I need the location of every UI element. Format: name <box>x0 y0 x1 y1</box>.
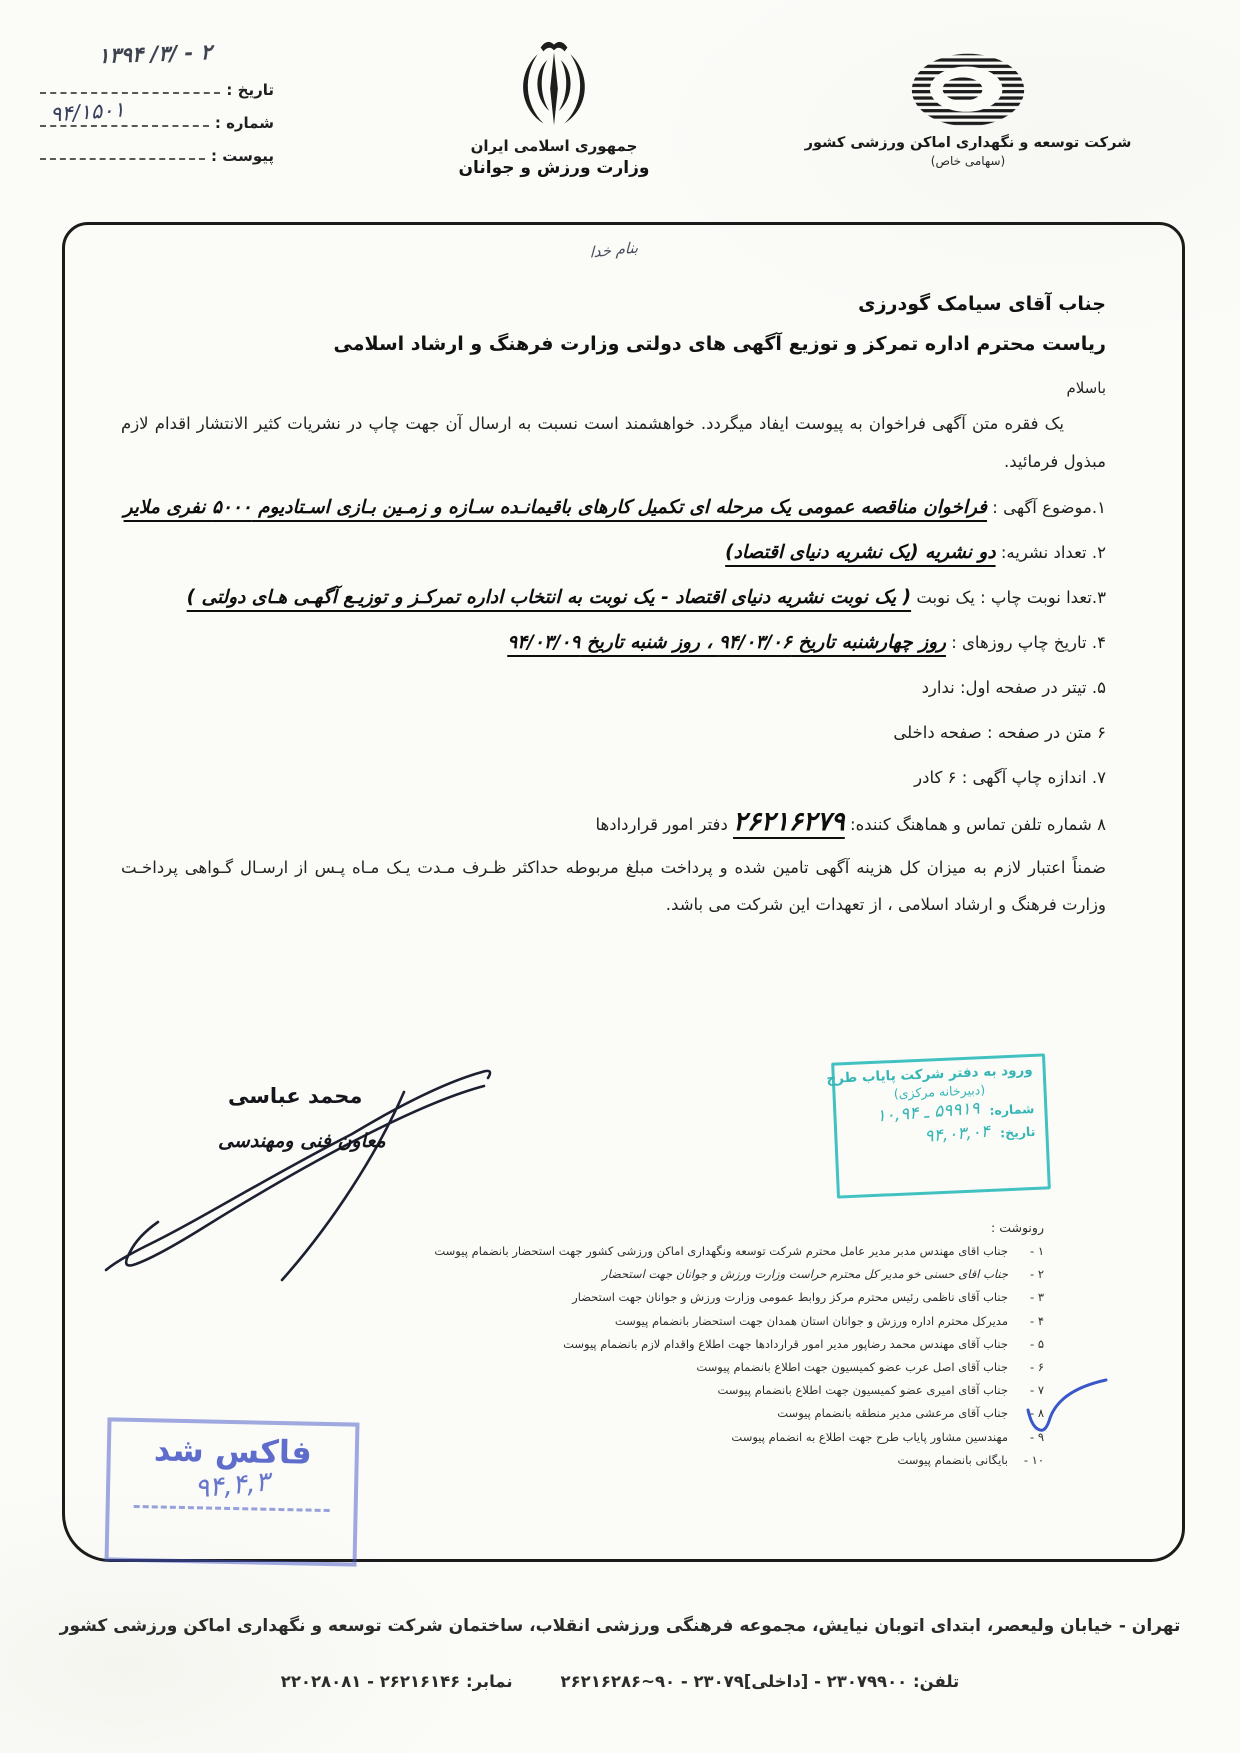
cc-item-6: ۶ -جناب آقای اصل عرب عضو کمیسیون جهت اطل… <box>324 1356 1044 1379</box>
faxed-stamp: فاکس شد ۹۴,۴,۳ <box>105 1417 360 1566</box>
cc-text: جناب اقای حسنی خو مدیر کل محترم حراست وز… <box>602 1263 1008 1286</box>
republic-title: جمهوری اسلامی ایران <box>438 137 670 155</box>
item-ad-size: ۷. اندازه چاپ آگهی : ۶ کادر <box>121 755 1106 800</box>
ministry-block: جمهوری اسلامی ایران وزارت ورزش و جوانان <box>438 36 670 178</box>
ref-row-date: تاریخ : <box>36 81 274 99</box>
cc-text: بایگانی بانضمام پیوست <box>897 1449 1008 1472</box>
number-label: شماره : <box>215 114 274 132</box>
item-label: ۴. تاریخ چاپ روزهای : <box>951 633 1106 652</box>
reference-block: ۱۳۹۴ /۳/ - ۲ تاریخ : شماره : ۹۴/۱۵۰۱ پیو… <box>36 42 274 165</box>
cc-item-5: ۵ -جناب آقای مهندس محمد رضاپور مدیر امور… <box>324 1333 1044 1356</box>
cc-item-3: ۳ -جناب آقای ناظمی رئیس محترم مرکز روابط… <box>324 1286 1044 1309</box>
cc-text: جناب آقای مرعشی مدیر منطقه بانضمام پیوست <box>777 1402 1008 1425</box>
company-type: (سهامی خاص) <box>793 154 1143 168</box>
cc-item-7: ۷ -جناب آقای امیری عضو کمیسیون جهت اطلاع… <box>324 1379 1044 1402</box>
cc-item-4: ۴ -مدیرکل محترم اداره ورزش و جوانان استا… <box>324 1310 1044 1333</box>
dotted-line <box>40 157 205 160</box>
dotted-line <box>40 91 220 94</box>
item-value: ( یک نوبت نشریه دنیای اقتصاد - یک نوبت ب… <box>187 587 911 608</box>
cc-item-9: ۹ -مهندسین مشاور پایاب طرح جهت اطلاع به … <box>324 1426 1044 1449</box>
item-label: ۲. تعداد نشریه: <box>1001 543 1106 562</box>
stamp-date-row: تاریخ: ۹۴,۰۳,۰۴ <box>847 1121 1036 1149</box>
company-block: شرکت توسعه و نگهداری اماکن ورزشی کشور (س… <box>793 52 1143 168</box>
scanned-letter-page: ۱۳۹۴ /۳/ - ۲ تاریخ : شماره : ۹۴/۱۵۰۱ پیو… <box>0 0 1240 1753</box>
cc-number: ۲ - <box>1008 1263 1044 1286</box>
item-label: ۵. تیتر در صفحه اول: ندارد <box>922 678 1106 697</box>
signer-name: محمد عباسی <box>228 1084 362 1108</box>
company-name: شرکت توسعه و نگهداری اماکن ورزشی کشور <box>793 135 1143 151</box>
addressee-name: جناب آقای سیامک گودرزی <box>121 293 1106 315</box>
footer-fax: نمابر: ۲۶۲۱۶۱۴۶ - ۲۲۰۲۸۰۸۱ <box>281 1672 513 1691</box>
cc-item-2: ۲ -جناب اقای حسنی خو مدیر کل محترم حراست… <box>324 1263 1044 1286</box>
company-logo-icon <box>909 52 1027 129</box>
stamp-number-value: ۵۹۹۱۹ ـ ۱۰,۹۴ <box>875 1099 980 1127</box>
stamp-date-label: تاریخ: <box>1000 1124 1036 1141</box>
date-label: تاریخ : <box>226 81 274 99</box>
item-label: ۱.موضوع آگهی : <box>992 498 1106 517</box>
closing-paragraph: ضمناً اعتبار لازم به میزان کل هزینه آگهی… <box>121 849 1106 923</box>
attachment-label: پیوست : <box>211 147 274 165</box>
item-label: ۳.تعدا نوبت چاپ : یک نوبت <box>916 588 1106 607</box>
cc-item-8: ۸ -جناب آقای مرعشی مدیر منطقه بانضمام پی… <box>324 1402 1044 1425</box>
cc-text: جناب اقای مهندس مدبر مدیر عامل محترم شرک… <box>434 1240 1008 1263</box>
cc-number: ۵ - <box>1008 1333 1044 1356</box>
item-subject: ۱.موضوع آگهی : فراخوان مناقصه عمومی یک م… <box>121 485 1106 530</box>
letter-items: ۱.موضوع آگهی : فراخوان مناقصه عمومی یک م… <box>121 485 1106 847</box>
item-page-placement: ۶ متن در صفحه : صفحه داخلی <box>121 710 1106 755</box>
stamp-date-value: ۹۴,۰۳,۰۴ <box>924 1122 991 1147</box>
addressee-title: ریاست محترم اداره تمرکز و توزیع آگهی های… <box>121 333 1106 355</box>
ref-row-number: شماره : ۹۴/۱۵۰۱ <box>36 114 274 132</box>
item-print-rounds: ۳.تعدا نوبت چاپ : یک نوبت ( یک نوبت نشری… <box>121 575 1106 620</box>
iran-emblem-icon <box>510 36 598 132</box>
cc-text: جناب آقای ناظمی رئیس محترم مرکز روابط عم… <box>572 1286 1008 1309</box>
cc-header: رونوشت : <box>324 1220 1044 1235</box>
ref-row-attachment: پیوست : <box>36 147 274 165</box>
item-suffix: دفتر امور قراردادها <box>596 815 728 834</box>
item-label: ۶ متن در صفحه : صفحه داخلی <box>893 723 1106 742</box>
item-contact-phone: ۸ شماره تلفن تماس و هماهنگ کننده: ۲۶۲۱۶۲… <box>121 800 1106 847</box>
entry-registration-stamp: ورود به دفتر شرکت پایاب طرح (دبیرخانه مر… <box>831 1053 1051 1198</box>
item-print-dates: ۴. تاریخ چاپ روزهای : روز چهارشنبه تاریخ… <box>121 620 1106 665</box>
item-front-title: ۵. تیتر در صفحه اول: ندارد <box>121 665 1106 710</box>
signer-title: معاون فنی ومهندسی <box>218 1130 386 1152</box>
ministry-name: وزارت ورزش و جوانان <box>438 158 670 178</box>
cc-number: ۱۰ - <box>1008 1449 1044 1472</box>
item-value: روز چهارشنبه تاریخ ۹۴/۰۳/۰۶ ، روز شنبه ت… <box>507 632 946 653</box>
salutation: باسلام <box>121 379 1106 397</box>
footer-address: تهران - خیابان ولیعصر، ابتدای اتوبان نیا… <box>58 1616 1182 1636</box>
cc-number: ۴ - <box>1008 1310 1044 1333</box>
stamp-number-label: شماره: <box>989 1101 1035 1118</box>
item-value: دو نشریه (یک نشریه دنیای اقتصاد) <box>725 542 995 563</box>
item-label: ۷. اندازه چاپ آگهی : ۶ کادر <box>914 768 1106 787</box>
besmellah: بنام خدا <box>549 234 679 266</box>
cc-item-1: ۱ -جناب اقای مهندس مدبر مدیر عامل محترم … <box>324 1240 1044 1263</box>
footer-phone: تلفن: ۲۳۰۷۹۹۰۰ - [داخلی]۲۳۰۷۹ - ۹۰~۲۶۲۱۶… <box>561 1672 960 1691</box>
cc-item-10: ۱۰ -بایگانی بانضمام پیوست <box>324 1449 1044 1472</box>
pen-checkmark <box>1022 1376 1110 1442</box>
cc-number: ۳ - <box>1008 1286 1044 1309</box>
item-label: ۸ شماره تلفن تماس و هماهنگ کننده: <box>850 815 1106 834</box>
cc-text: جناب آقای اصل عرب عضو کمیسیون جهت اطلاع … <box>696 1356 1008 1379</box>
footer-phones: تلفن: ۲۳۰۷۹۹۰۰ - [داخلی]۲۳۰۷۹ - ۹۰~۲۶۲۱۶… <box>58 1672 1182 1691</box>
intro-paragraph: یک فقره متن آگهی فراخوان به پیوست ایفاد … <box>121 405 1106 481</box>
contact-phone-number: ۲۶۲۱۶۲۷۹ <box>733 807 845 837</box>
cc-text: مدیرکل محترم اداره ورزش و جوانان استان ه… <box>615 1310 1008 1333</box>
cc-text: جناب آقای امیری عضو کمیسیون جهت اطلاع با… <box>718 1379 1008 1402</box>
cc-text: جناب آقای مهندس محمد رضاپور مدیر امور قر… <box>563 1333 1008 1356</box>
item-publication-count: ۲. تعداد نشریه: دو نشریه (یک نشریه دنیای… <box>121 530 1106 575</box>
handwritten-date: ۱۳۹۴ /۳/ - ۲ <box>36 38 275 70</box>
handwritten-number: ۹۴/۱۵۰۱ <box>49 97 125 126</box>
cc-text: مهندسین مشاور پایاب طرح جهت اطلاع به انض… <box>731 1426 1008 1449</box>
item-value: فراخوان مناقصه عمومی یک مرحله ای تکمیل ک… <box>124 497 987 518</box>
cc-number: ۱ - <box>1008 1240 1044 1263</box>
cc-list: رونوشت : ۱ -جناب اقای مهندس مدبر مدیر عا… <box>324 1220 1044 1472</box>
